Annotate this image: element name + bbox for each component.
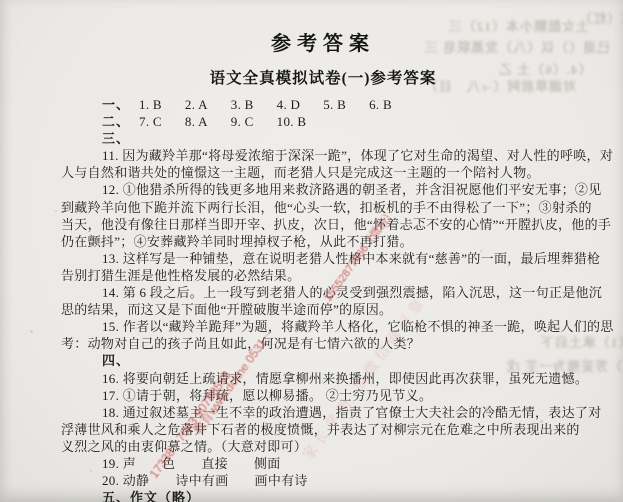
answer-item: 19. 声 xyxy=(102,456,136,471)
text-line: 16. 将要向朝廷上疏请求，情愿拿柳州来换播州，即使因此再次获罪，虽死无遗憾。 xyxy=(61,370,613,387)
scan-speckle xyxy=(18,40,19,41)
exam-subtitle: 语文全真模拟试卷(一)参考答案 xyxy=(61,66,585,88)
scan-speckle xyxy=(55,210,57,212)
answer-item: 8. A xyxy=(185,114,208,129)
answer-item: 直接 xyxy=(201,456,228,471)
answer-row: 二、7. C8. A9. C10. B xyxy=(61,113,613,130)
answer-row: 一、1. B2. A3. B4. D5. B6. B xyxy=(61,96,613,113)
fill-blank-answer-row: 20. 动静诗中有画画中有诗 xyxy=(61,472,613,489)
answer-item: 5. B xyxy=(323,97,346,112)
answer-item: 7. C xyxy=(139,114,162,129)
answer-item: 诗中有画 xyxy=(175,473,228,488)
section-label: 一、 xyxy=(102,97,130,112)
answer-item: 10. B xyxy=(277,114,307,129)
scanned-answer-page: 三（红）土女挺额小本（12）三已退（）以（八）发蒸联皂 三（4.（6）土 乙对湖… xyxy=(0,0,623,502)
scan-speckle xyxy=(200,60,201,61)
scan-speckle xyxy=(480,250,482,252)
answer-item: 4. D xyxy=(277,97,301,112)
scan-speckle xyxy=(30,330,33,333)
fill-blank-answer-row: 19. 声色直接侧面 xyxy=(61,455,613,472)
text-line: 11. 因为藏羚羊那“将母爱浓缩于深深一跪”，体现了它对生命的渴望、对人性的呼唤… xyxy=(61,147,613,164)
answer-item: 9. C xyxy=(231,114,254,129)
section-heading: 五、作文（略） xyxy=(61,489,613,502)
scan-speckle xyxy=(610,60,611,61)
text-line: 人与自然和谐共处的憧憬这一主题，而老猎人只是完成这一主题的一个陪衬人物。 xyxy=(61,164,613,181)
answer-item: 侧面 xyxy=(254,456,281,471)
answer-item: 1. B xyxy=(139,97,162,112)
text-line: 13. 这样写是一种铺垫，意在说明老猎人性格中本来就有“慈善”的一面，最后埋葬猎… xyxy=(61,250,613,267)
text-line: 当天，他没有像往日那样当即开宰、扒皮，次日，他“怀着忐忑不安的心情”“开膛扒皮，… xyxy=(61,216,613,233)
answer-item: 6. B xyxy=(369,97,392,112)
page-title: 参考答案 xyxy=(61,27,585,56)
section-label: 二、 xyxy=(102,114,130,129)
answer-item: 3. B xyxy=(231,97,254,112)
text-line: 思的结果，而这又是下面他“开膛破腹半途而停”的原因。 xyxy=(61,301,613,318)
scan-speckle xyxy=(600,150,603,153)
text-line: 15. 作者以“藏羚羊跪拜”为题，将藏羚羊人格化，它临枪不惧的神圣一跪，唤起人们… xyxy=(61,318,613,335)
text-line: 义烈之风的由衷仰慕之情。（大意对即可） xyxy=(61,438,613,455)
text-line: 考：动物对自己的孩子尚且如此，何况是有七情六欲的人类？ xyxy=(61,335,613,352)
section-heading: 四、 xyxy=(61,352,613,369)
text-line: 到藏羚羊向他下跪并流下两行长泪，他“心头一软，扣板机的手不由得松了一下”；③射杀… xyxy=(61,199,613,216)
scan-speckle xyxy=(540,420,543,423)
scan-speckle xyxy=(310,480,311,481)
answer-item: 2. A xyxy=(185,97,208,112)
text-line: 12. ①他猎杀所得的钱更多地用来救济路遇的朝圣者，并含泪祝愿他们平安无事；②见 xyxy=(61,181,613,198)
section-heading: 三、 xyxy=(61,130,613,147)
text-line: 仍在颤抖”；④安葬藏羚羊同时埋掉杈子枪，从此不再打猎。 xyxy=(61,233,613,250)
answer-body: 一、1. B2. A3. B4. D5. B6. B二、7. C8. A9. C… xyxy=(61,96,613,502)
scan-speckle xyxy=(90,470,92,472)
answer-item: 画中有诗 xyxy=(255,473,308,488)
answer-item: 20. 动静 xyxy=(102,473,149,488)
